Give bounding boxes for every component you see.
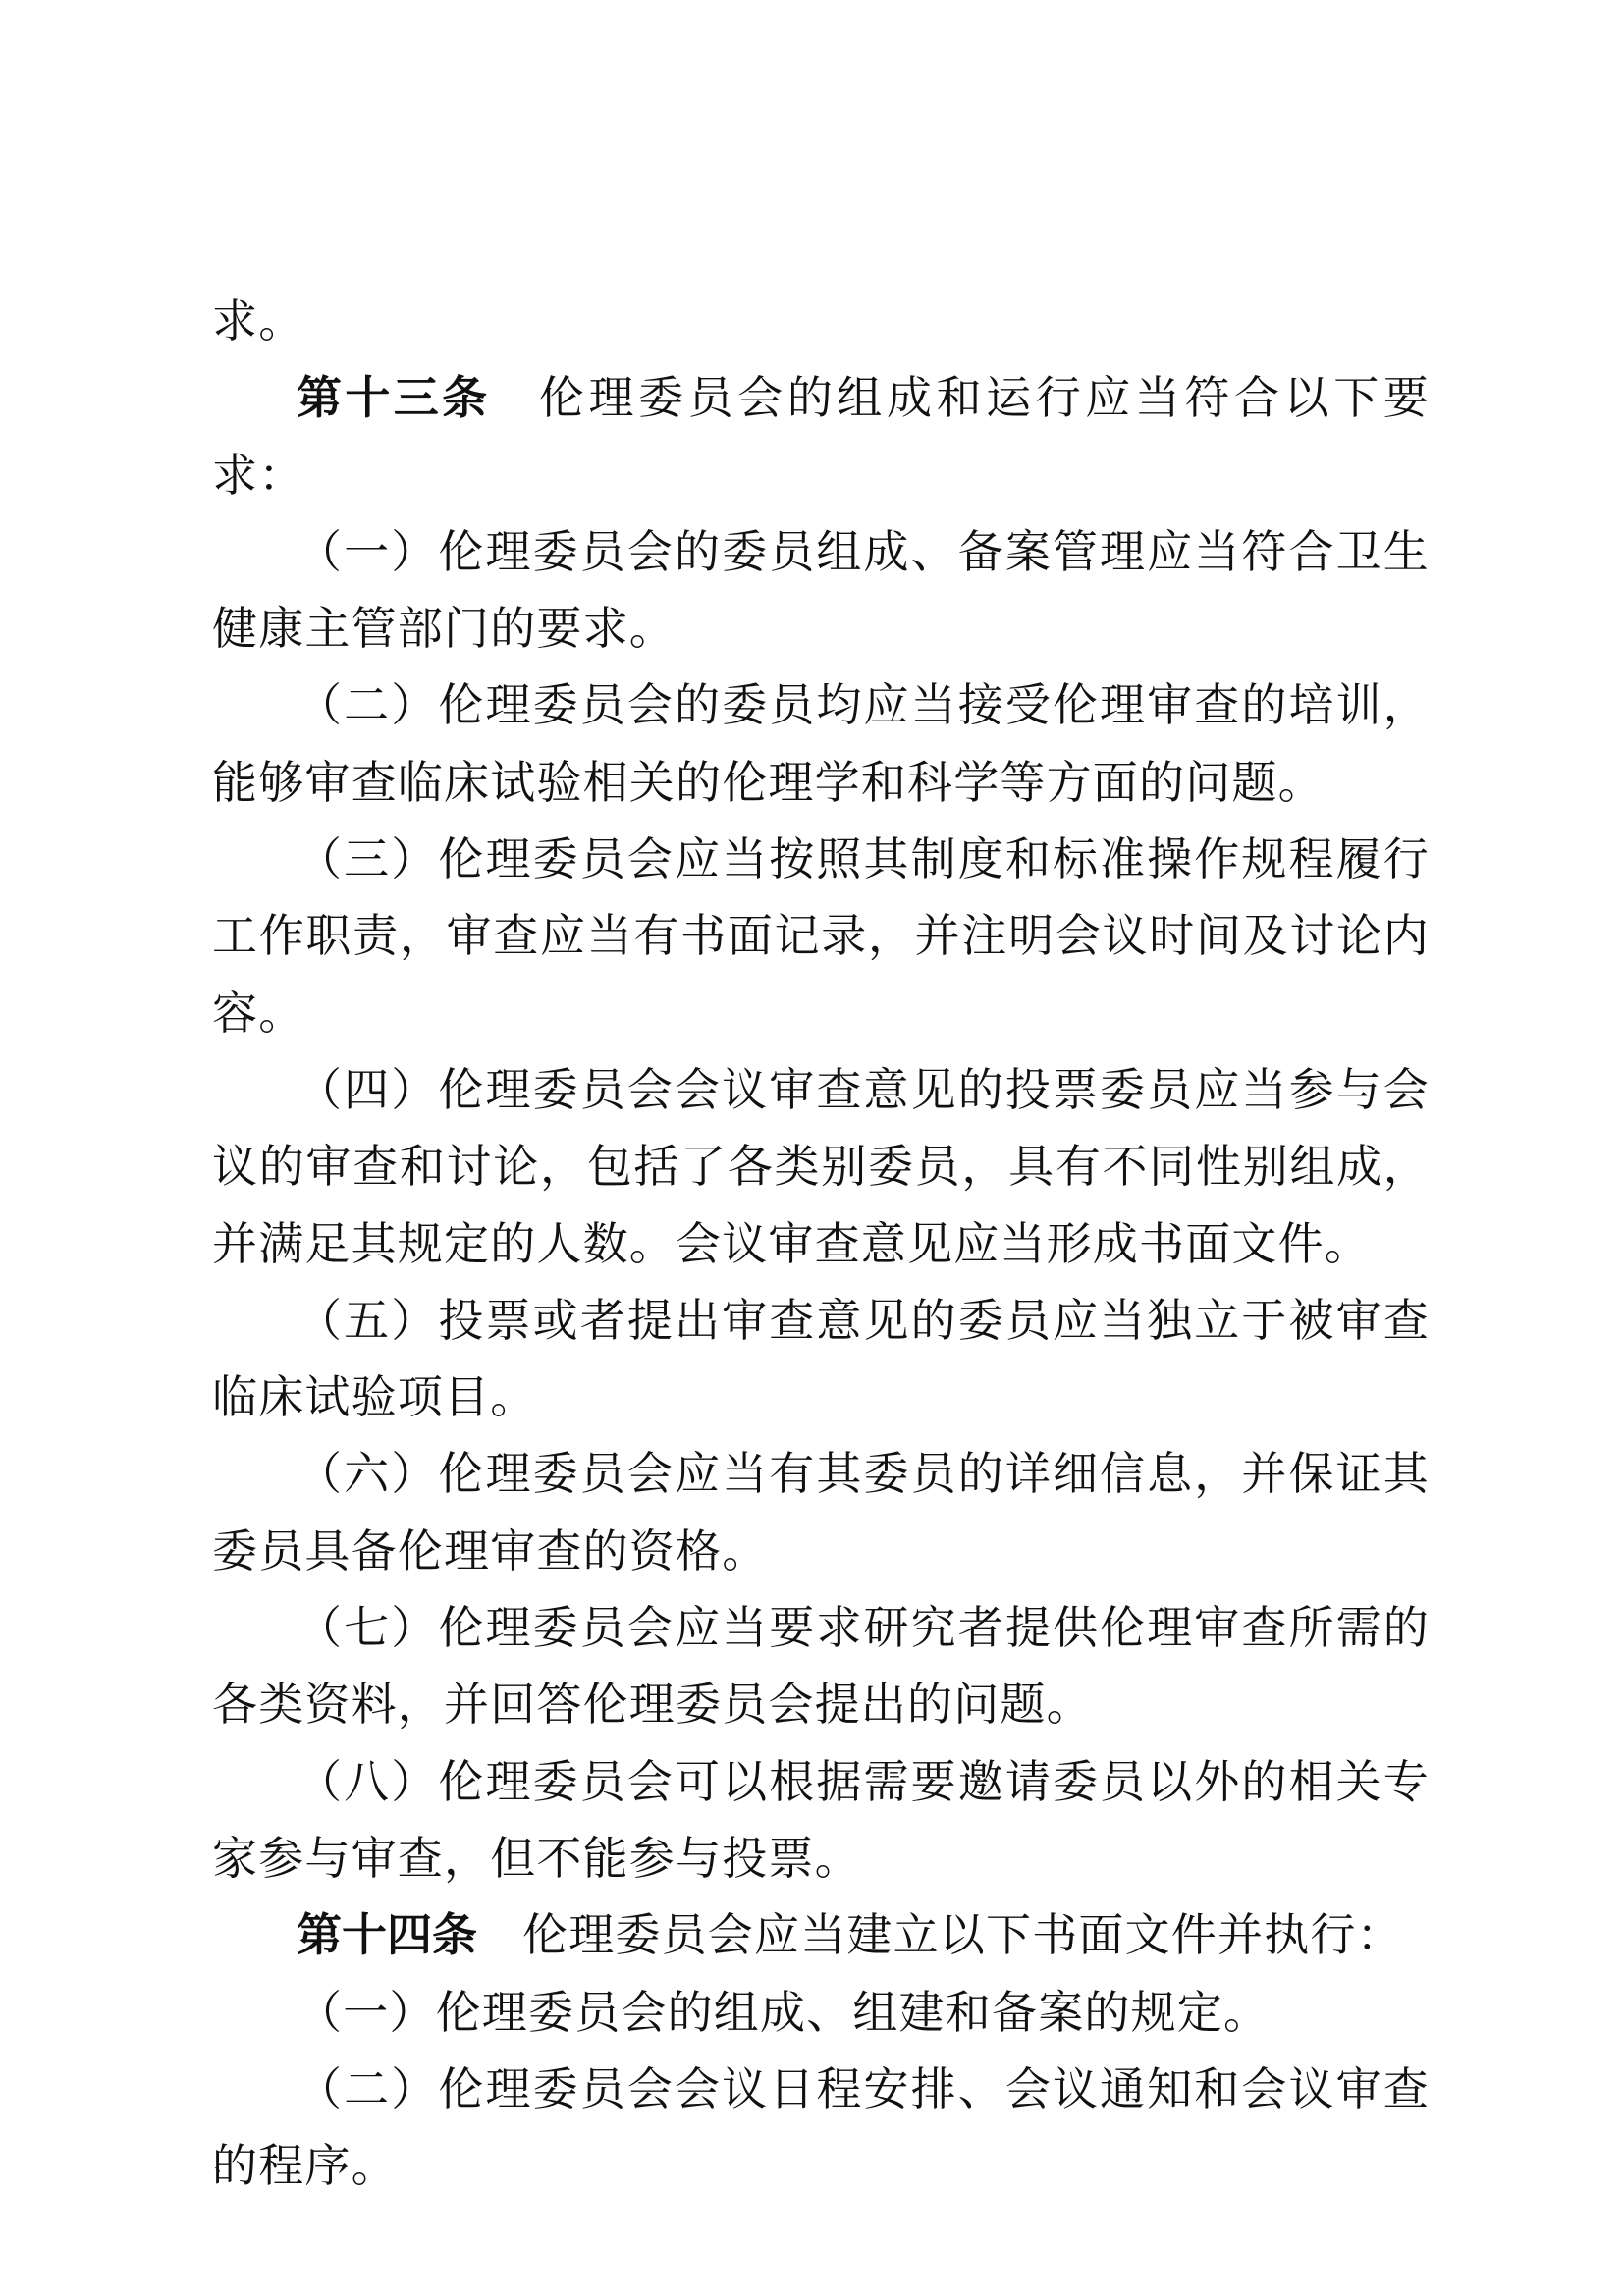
article-14: 第十四条伦理委员会应当建立以下书面文件并执行： [212,1896,1430,1973]
list-item: （八）伦理委员会可以根据需要邀请委员以外的相关专家参与审查，但不能参与投票。 [212,1743,1430,1897]
article-13: 第十三条伦理委员会的组成和运行应当符合以下要求： [212,359,1430,513]
article-text: 伦理委员会应当建立以下书面文件并执行： [522,1908,1403,1961]
list-item: （一）伦理委员会的组成、组建和备案的规定。 [212,1974,1430,2051]
list-item: （一）伦理委员会的委员组成、备案管理应当符合卫生健康主管部门的要求。 [212,513,1430,667]
list-item: （二）伦理委员会的委员均应当接受伦理审查的培训，能够审查临床试验相关的伦理学和科… [212,667,1430,821]
list-item: （三）伦理委员会应当按照其制度和标准操作规程履行工作职责，审查应当有书面记录，并… [212,821,1430,1051]
document-body: 求。 第十三条伦理委员会的组成和运行应当符合以下要求： （一）伦理委员会的委员组… [212,283,1430,2204]
list-item: （二）伦理委员会会议日程安排、会议通知和会议审查的程序。 [212,2051,1430,2205]
article-heading: 第十三条 [297,371,491,424]
list-item: （六）伦理委员会应当有其委员的详细信息，并保证其委员具备伦理审查的资格。 [212,1435,1430,1589]
list-item: （五）投票或者提出审查意见的委员应当独立于被审查临床试验项目。 [212,1282,1430,1436]
list-item: （七）伦理委员会应当要求研究者提供伦理审查所需的各类资料，并回答伦理委员会提出的… [212,1589,1430,1743]
article-heading: 第十四条 [297,1908,477,1961]
list-item: （四）伦理委员会会议审查意见的投票委员应当参与会议的审查和讨论，包括了各类别委员… [212,1051,1430,1282]
document-page: 求。 第十三条伦理委员会的组成和运行应当符合以下要求： （一）伦理委员会的委员组… [0,0,1624,2296]
paragraph-continuation: 求。 [212,283,1430,359]
footer-mark: 、 [214,2148,234,2176]
